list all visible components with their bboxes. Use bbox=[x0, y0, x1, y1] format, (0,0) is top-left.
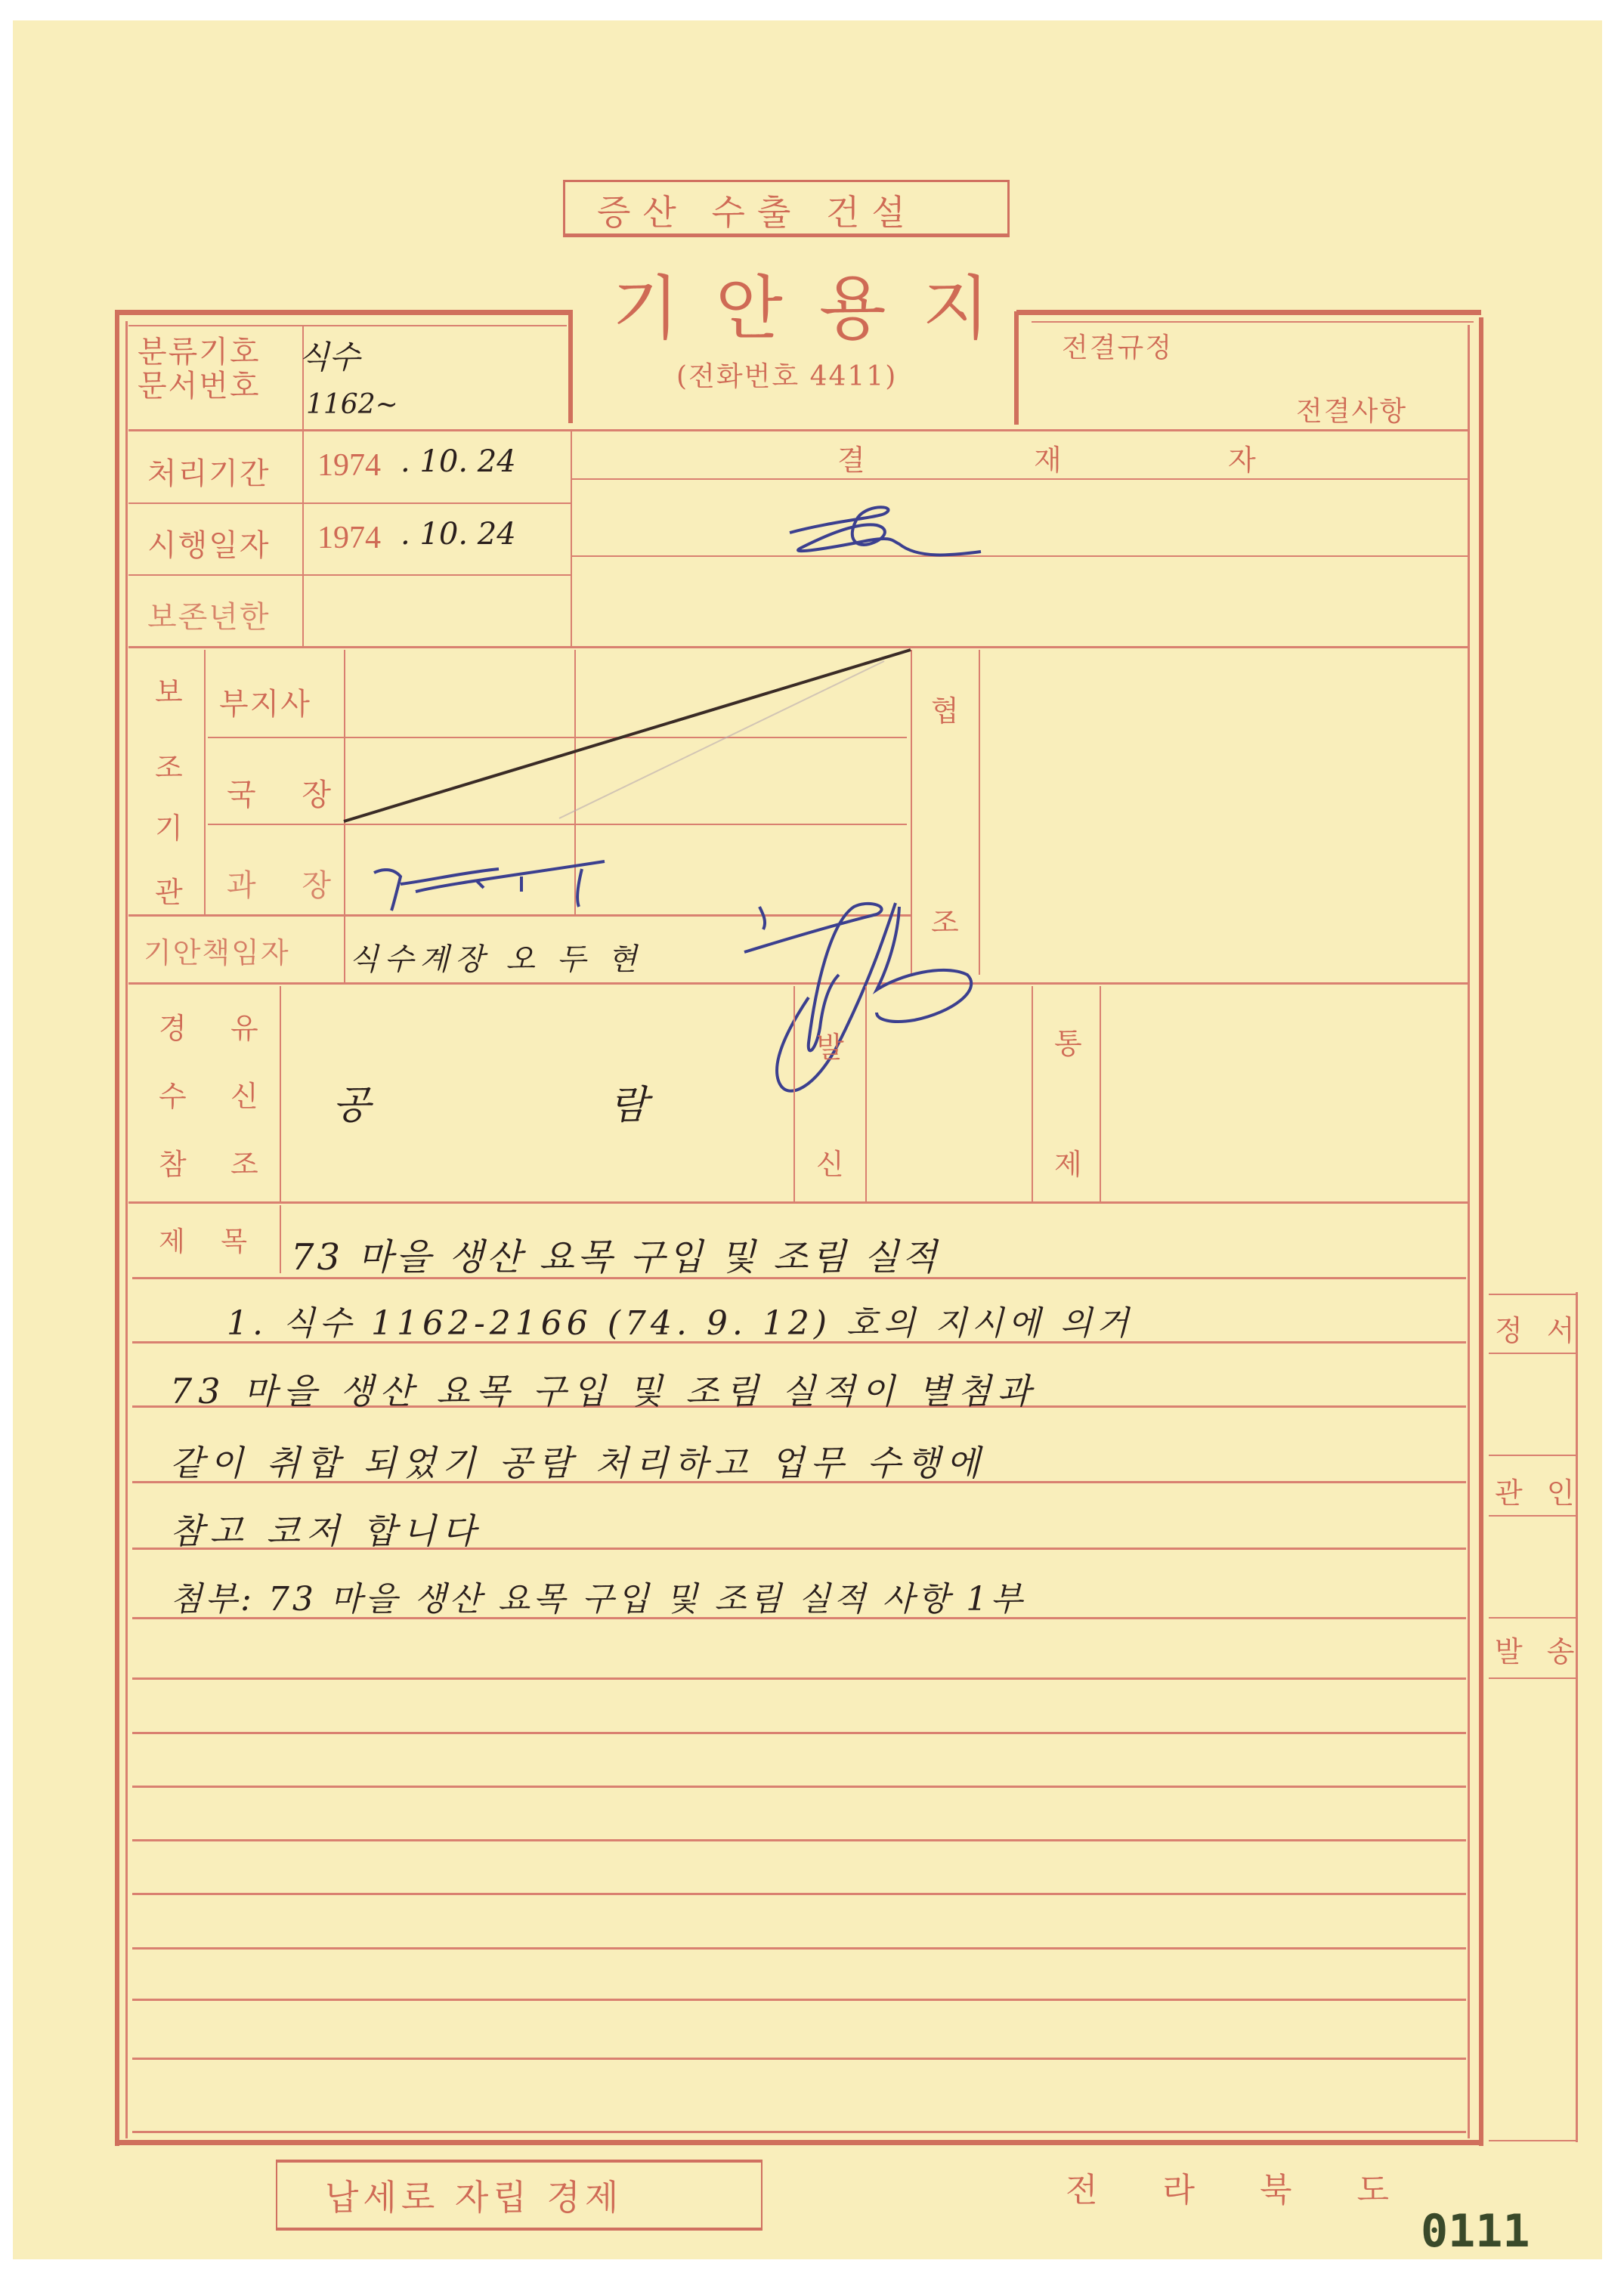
routing-label-recipient-b: 신 bbox=[230, 1073, 260, 1115]
approver-header-2: 재 bbox=[1034, 437, 1063, 478]
body-text-line-4[interactable]: 참고 코저 합니다 bbox=[170, 1504, 481, 1554]
subject-label: 제 목 bbox=[159, 1220, 261, 1259]
retention-period-label: 보존년한 bbox=[147, 593, 271, 636]
dispatch-left-divider bbox=[793, 986, 795, 1201]
body-line-10 bbox=[132, 1893, 1466, 1895]
value-col-divider bbox=[571, 431, 572, 646]
execution-date-label: 시행일자 bbox=[147, 521, 271, 564]
processing-period-label: 처리기간 bbox=[147, 450, 271, 493]
approval-rules-label: 전결규정 bbox=[1062, 326, 1173, 365]
page-title: 기안용지 bbox=[612, 253, 1026, 353]
drafter-value[interactable]: 식수계장 오 두 현 bbox=[349, 935, 643, 979]
body-text-line-1[interactable]: 1. 식수 1162-2166 (74. 9. 12) 호의 지시에 의거 bbox=[227, 1296, 1134, 1344]
subject-label-divider bbox=[280, 1205, 281, 1273]
routing-label-via-a: 경 bbox=[159, 1005, 188, 1047]
approval-items-label: 전결사항 bbox=[1296, 390, 1407, 428]
sidebar-line-2 bbox=[1489, 1455, 1576, 1456]
header-box-inner-top bbox=[128, 325, 567, 326]
dispatch-right-divider bbox=[865, 986, 867, 1201]
body-line-9 bbox=[132, 1839, 1466, 1841]
aux-row-label-director: 국 장 bbox=[227, 771, 349, 814]
section-chief-signature bbox=[370, 846, 620, 914]
dispatch-label-1: 발 bbox=[816, 1024, 844, 1065]
control-label-2: 제 bbox=[1054, 1141, 1082, 1183]
body-line-14 bbox=[132, 2131, 1466, 2133]
slogan-top: 증산 수출 건설 bbox=[597, 185, 917, 235]
row-divider-3 bbox=[128, 574, 571, 576]
approver-header-divider bbox=[571, 478, 1470, 480]
routing-label-recipient-a: 수 bbox=[159, 1073, 188, 1115]
aux-row-label-vice-governor: 부지사 bbox=[219, 680, 311, 723]
body-line-11 bbox=[132, 1947, 1466, 1950]
sidebar-line-3 bbox=[1489, 1515, 1576, 1517]
body-line-13 bbox=[132, 2058, 1466, 2060]
row-divider-1 bbox=[128, 429, 1470, 431]
control-right-divider bbox=[1100, 986, 1101, 1201]
aux-group-label-2: 조 bbox=[155, 744, 183, 786]
drafter-signature bbox=[725, 892, 982, 1103]
sidebar-line-4 bbox=[1489, 1617, 1576, 1619]
recipient-value[interactable]: 공 람 bbox=[333, 1073, 761, 1130]
sidebar-bottom-line bbox=[1489, 2140, 1576, 2141]
sidebar-item-fair-copy: 정 서 bbox=[1495, 1307, 1582, 1349]
body-line-0 bbox=[132, 1277, 1466, 1279]
header-box-top bbox=[119, 310, 573, 315]
aux-group-divider bbox=[204, 650, 206, 914]
processing-period-value[interactable]: . 10. 24 bbox=[401, 444, 516, 479]
processing-period-year: 1974 bbox=[317, 447, 381, 484]
classification-value[interactable]: 식수 bbox=[299, 332, 360, 378]
execution-date-year: 1974 bbox=[317, 520, 381, 556]
row-divider-2 bbox=[128, 502, 571, 504]
routing-label-via-b: 유 bbox=[230, 1005, 260, 1047]
sidebar-right-border bbox=[1576, 1292, 1578, 2142]
approver-header-3: 자 bbox=[1228, 437, 1257, 478]
approver-signature bbox=[786, 499, 982, 559]
document-number-label: 문서번호 bbox=[138, 370, 261, 402]
form-left-inner-border bbox=[125, 321, 128, 2138]
page-number: 0111 bbox=[1421, 2205, 1530, 2258]
subject-value[interactable]: 73 마을 생산 요목 구입 및 조림 실적 bbox=[291, 1228, 940, 1280]
body-text-line-2[interactable]: 73 마을 생산 요목 구입 및 조림 실적이 별첨과 bbox=[170, 1364, 1037, 1414]
classification-label: 분류기호 bbox=[138, 336, 261, 368]
routing-label-reference-a: 참 bbox=[159, 1141, 188, 1183]
diagonal-strike-line bbox=[340, 646, 914, 827]
aux-group-label-4: 관 bbox=[155, 869, 183, 911]
rules-box-left-border bbox=[1014, 311, 1019, 425]
form-right-inner-border bbox=[1468, 325, 1470, 2138]
coop-label-1: 협 bbox=[931, 688, 959, 729]
body-line-8 bbox=[132, 1786, 1466, 1788]
body-line-6 bbox=[132, 1677, 1466, 1680]
rules-box-inner-top bbox=[1032, 321, 1474, 323]
phone-number: (전화번호 4411) bbox=[676, 355, 897, 394]
sidebar-line-5 bbox=[1489, 1677, 1576, 1679]
body-text-line-3[interactable]: 같이 취합 되었기 공람 처리하고 업무 수행에 bbox=[170, 1436, 986, 1486]
routing-label-divider bbox=[280, 986, 281, 1201]
approver-row-divider bbox=[571, 555, 1470, 557]
form-bottom-border bbox=[119, 2140, 1480, 2145]
body-line-7 bbox=[132, 1732, 1466, 1734]
approver-header-1: 결 bbox=[837, 437, 867, 478]
sidebar-item-official-seal: 관 인 bbox=[1495, 1470, 1582, 1511]
aux-group-label-3: 기 bbox=[155, 805, 183, 846]
sidebar-line-1 bbox=[1489, 1353, 1576, 1354]
footer-province: 전 라 북 도 bbox=[1066, 2163, 1416, 2211]
header-box-right-border bbox=[568, 310, 573, 423]
form-left-border bbox=[115, 310, 119, 2146]
body-text-line-5[interactable]: 첨부: 73 마을 생산 요목 구입 및 조림 실적 사항 1부 bbox=[170, 1572, 1025, 1620]
control-label-1: 통 bbox=[1054, 1020, 1082, 1062]
routing-label-reference-b: 조 bbox=[230, 1141, 260, 1183]
rules-box-top bbox=[1016, 310, 1481, 315]
dispatch-label-2: 신 bbox=[816, 1141, 844, 1183]
form-right-border bbox=[1479, 317, 1483, 2146]
aux-group-label-1: 보 bbox=[155, 669, 183, 710]
sidebar-top-line bbox=[1489, 1294, 1576, 1295]
body-line-12 bbox=[132, 1999, 1466, 2001]
aux-row-label-section-chief: 과 장 bbox=[227, 861, 349, 904]
subject-top-divider bbox=[128, 1201, 1470, 1204]
sidebar-item-dispatch: 발 송 bbox=[1495, 1628, 1582, 1670]
execution-date-value[interactable]: . 10. 24 bbox=[401, 517, 516, 552]
footer-slogan: 납세로 자립 경제 bbox=[325, 2170, 623, 2220]
document-number-value[interactable]: 1162~ bbox=[306, 389, 398, 420]
control-left-divider bbox=[1032, 986, 1033, 1201]
drafter-label: 기안책임자 bbox=[144, 929, 290, 971]
